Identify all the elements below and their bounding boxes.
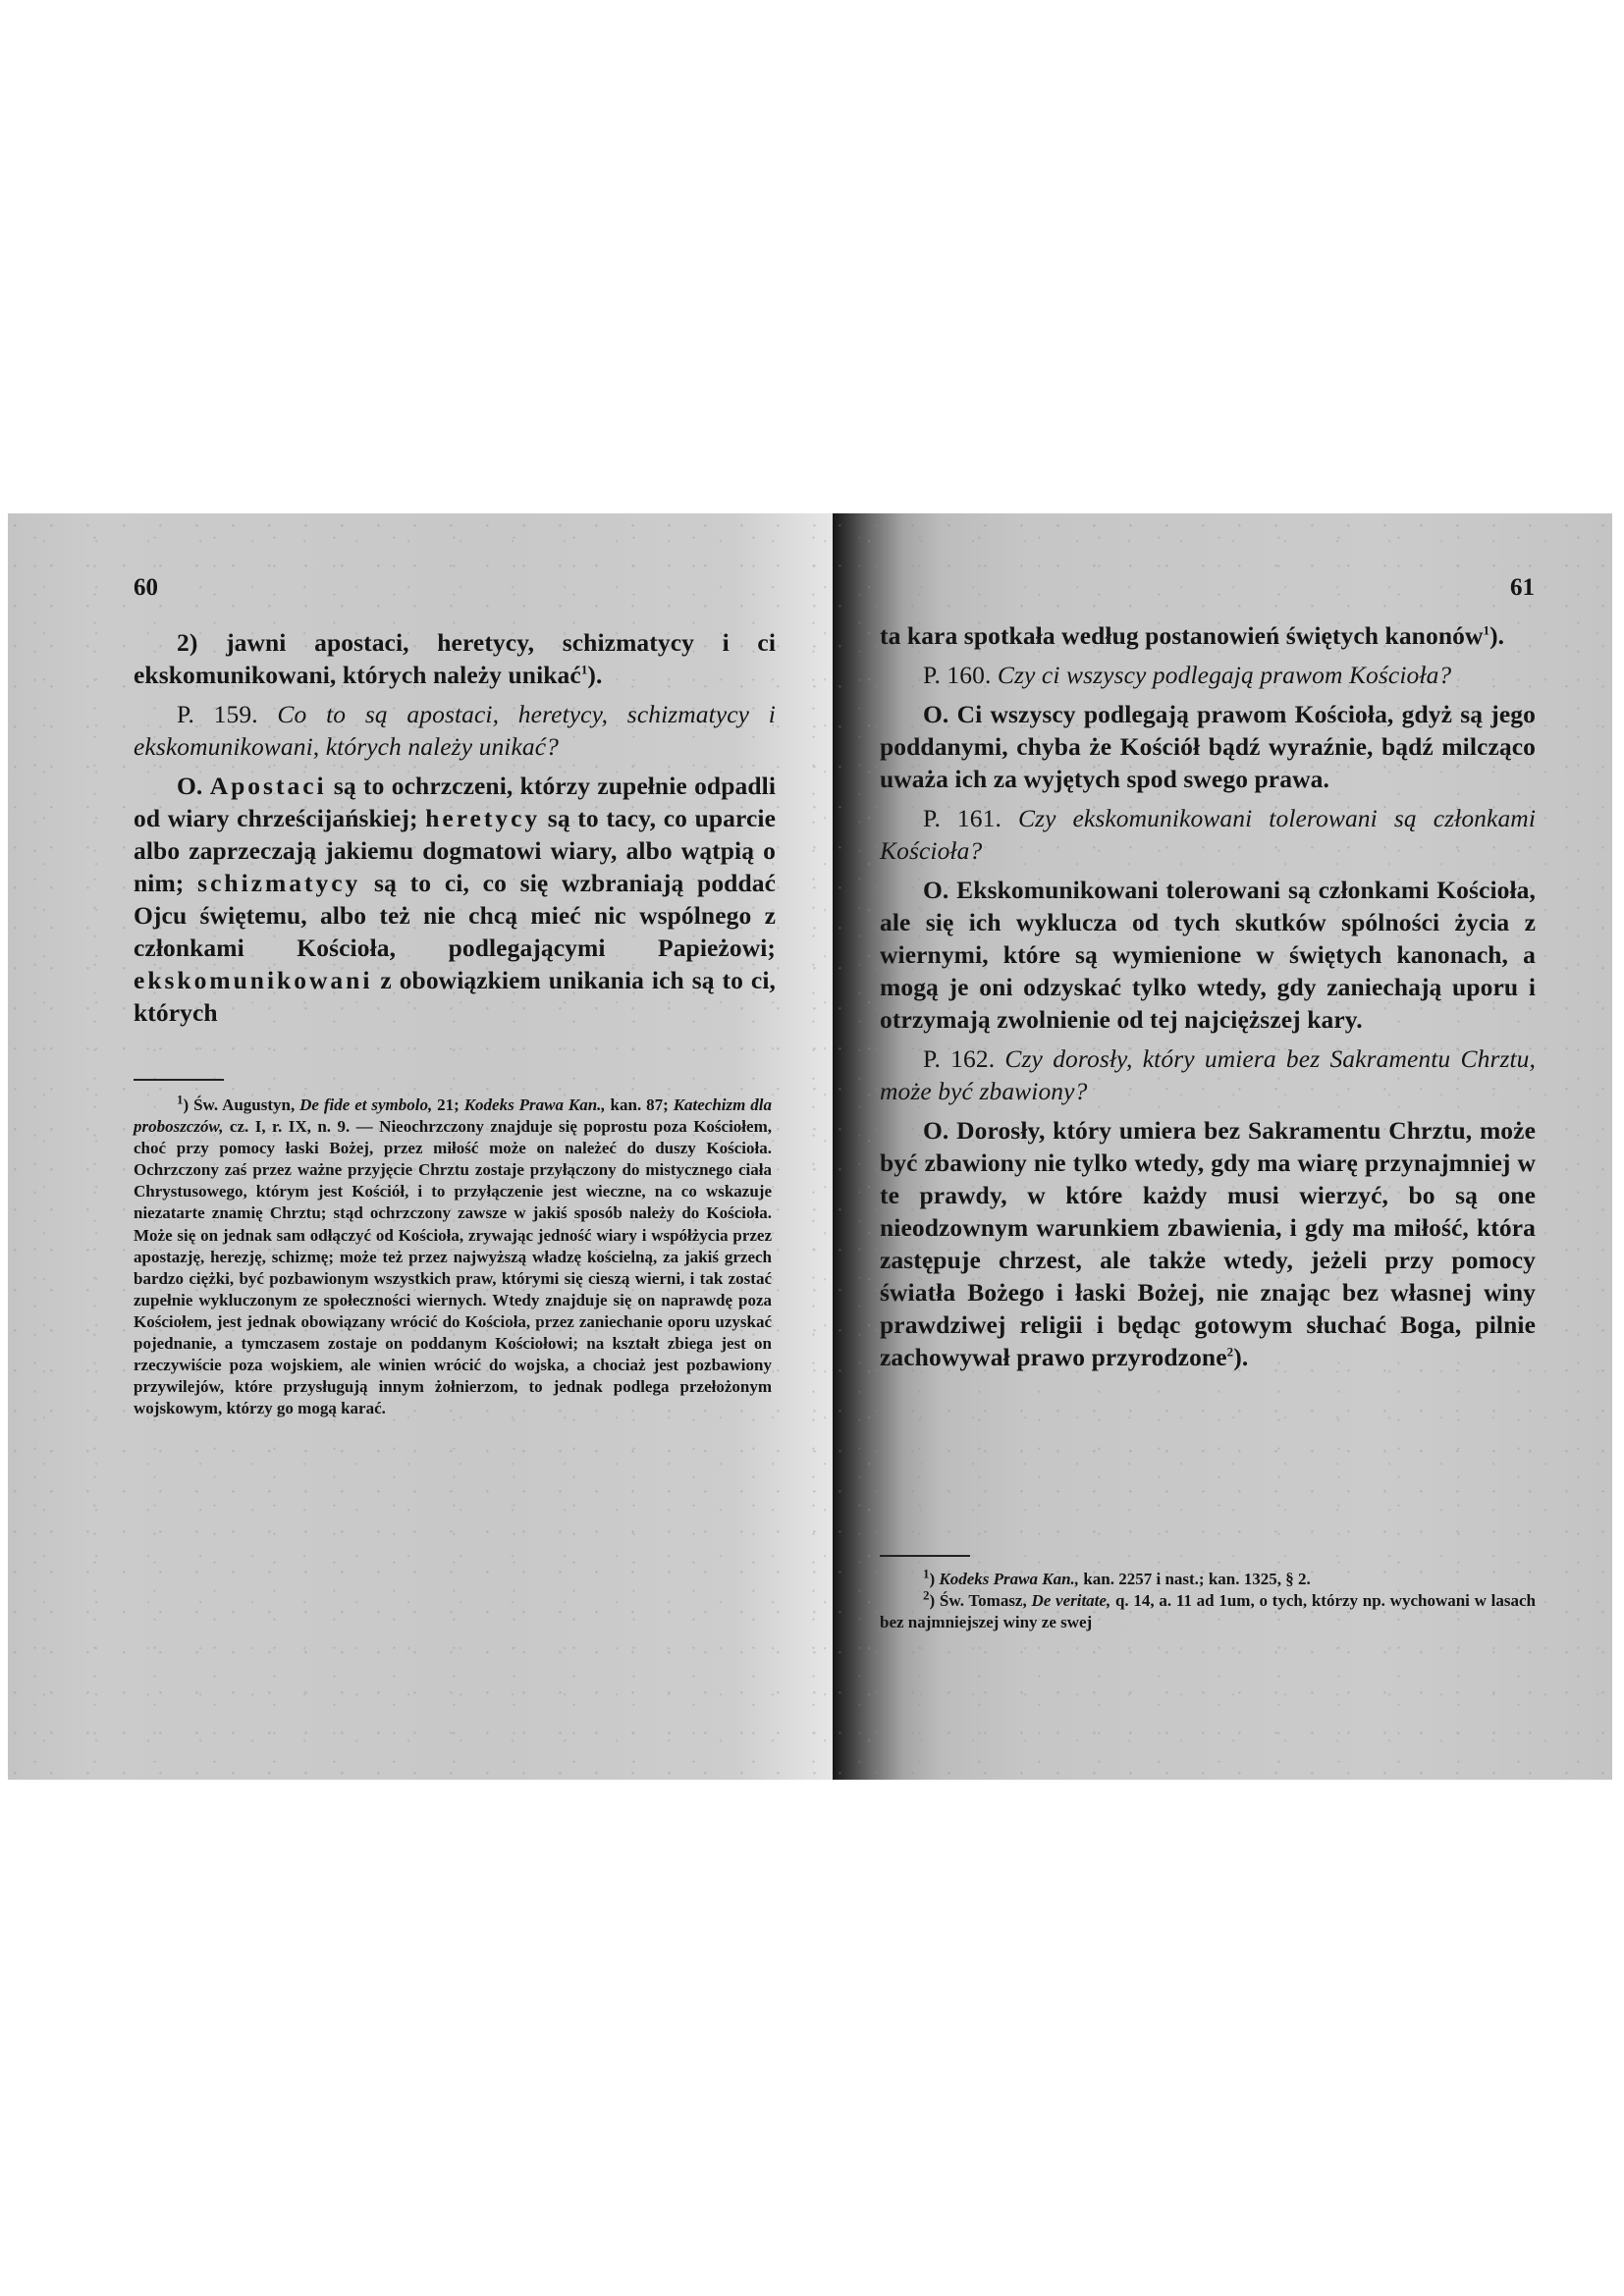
question-number: P. 160. bbox=[923, 661, 998, 689]
footnote-marker: 2 bbox=[923, 1587, 930, 1602]
footnote: 2) Św. Tomasz, De veritate, q. 14, a. 11… bbox=[880, 1590, 1536, 1633]
italic-title: Katechizm dla proboszczów, bbox=[134, 1095, 772, 1136]
question-paragraph: P. 159. Co to są apostaci, heretycy, sch… bbox=[134, 698, 776, 763]
text-paragraph: 2) jawni apostaci, heretycy, schizmatycy… bbox=[134, 626, 776, 691]
footnotes: 1) Św. Augustyn, De fide et symbolo, 21;… bbox=[134, 1095, 772, 1419]
footnote-ref: 2 bbox=[1227, 1345, 1234, 1360]
italic-title: Kodeks Prawa Kan., bbox=[464, 1095, 606, 1114]
italic-title: De fide et symbolo, bbox=[299, 1095, 432, 1114]
question-paragraph: P. 161. Czy ekskomunikowani tolerowani s… bbox=[880, 802, 1536, 867]
main-text: ta kara spotkała według postanowień świę… bbox=[880, 619, 1536, 1373]
defined-term: schizmatycy bbox=[197, 869, 360, 897]
answer-paragraph: O. Dorosły, który umiera bez Sakramentu … bbox=[880, 1114, 1536, 1373]
left-page: 60 2) jawni apostaci, heretycy, schizmat… bbox=[8, 513, 833, 1780]
page-number: 61 bbox=[1510, 574, 1535, 602]
right-page: 61 ta kara spotkała według postanowień ś… bbox=[833, 513, 1612, 1780]
answer-paragraph: O. Ci wszyscy podlegają prawom Kościoła,… bbox=[880, 698, 1536, 795]
question-number: P. 159. bbox=[177, 700, 277, 728]
footnote-ref: 1 bbox=[581, 663, 588, 677]
question-paragraph: P. 160. Czy ci wszyscy podlegają prawom … bbox=[880, 659, 1536, 691]
defined-term: Apostaci bbox=[210, 772, 327, 800]
footnote-divider bbox=[880, 1555, 970, 1557]
question-number: P. 161. bbox=[923, 804, 1018, 832]
page-number: 60 bbox=[134, 574, 158, 602]
defined-term: heretycy bbox=[425, 804, 540, 832]
answer-paragraph: O. Ekskomunikowani tolerowani są członka… bbox=[880, 874, 1536, 1036]
italic-title: Kodeks Prawa Kan., bbox=[939, 1570, 1079, 1588]
footnote-marker: 1 bbox=[177, 1092, 184, 1106]
footnote: 1) Św. Augustyn, De fide et symbolo, 21;… bbox=[134, 1095, 772, 1419]
italic-title: De veritate, bbox=[1031, 1591, 1110, 1610]
footnote-ref: 1 bbox=[1483, 623, 1489, 638]
answer-paragraph: O. Apostaci są to ochrzczeni, którzy zup… bbox=[134, 770, 776, 1029]
text-paragraph: ta kara spotkała według postanowień świę… bbox=[880, 619, 1536, 652]
footnote-divider bbox=[134, 1079, 224, 1081]
question-text: Czy ci wszyscy podlegają prawom Kościoła… bbox=[998, 661, 1451, 689]
footnote: 1) Kodeks Prawa Kan., kan. 2257 i nast.;… bbox=[880, 1569, 1536, 1590]
footnotes: 1) Kodeks Prawa Kan., kan. 2257 i nast.;… bbox=[880, 1569, 1536, 1633]
defined-term: ekskomunikowani bbox=[134, 966, 372, 994]
main-text: 2) jawni apostaci, heretycy, schizmatycy… bbox=[134, 626, 776, 1029]
footnote-marker: 1 bbox=[923, 1566, 930, 1580]
question-number: P. 162. bbox=[923, 1044, 1004, 1073]
book-spread-scan: 60 2) jawni apostaci, heretycy, schizmat… bbox=[8, 513, 1612, 1780]
question-paragraph: P. 162. Czy dorosły, który umiera bez Sa… bbox=[880, 1042, 1536, 1107]
